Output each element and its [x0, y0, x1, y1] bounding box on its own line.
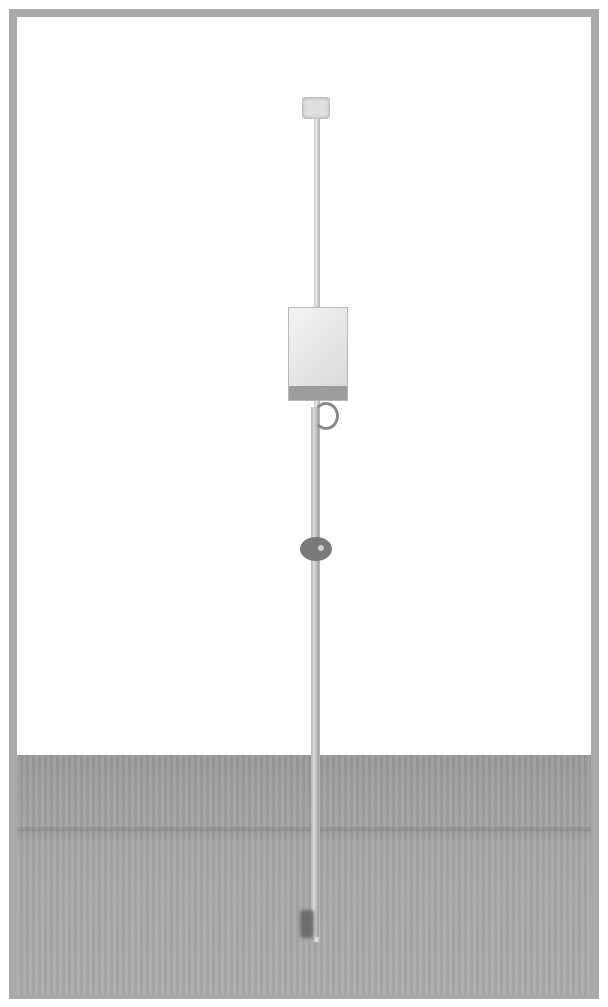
top-sensor-cap: [302, 97, 330, 119]
control-box-base: [289, 386, 347, 400]
soil-layer-line: [17, 827, 591, 831]
disc-attachment: [300, 537, 332, 561]
control-box: [288, 307, 348, 401]
ground-soil: [17, 755, 591, 995]
buried-probe: [300, 910, 314, 938]
pole-lower-section: [311, 407, 319, 937]
photo-area: [17, 17, 591, 995]
cable-connector: [313, 402, 339, 430]
photo-frame: [9, 9, 599, 999]
